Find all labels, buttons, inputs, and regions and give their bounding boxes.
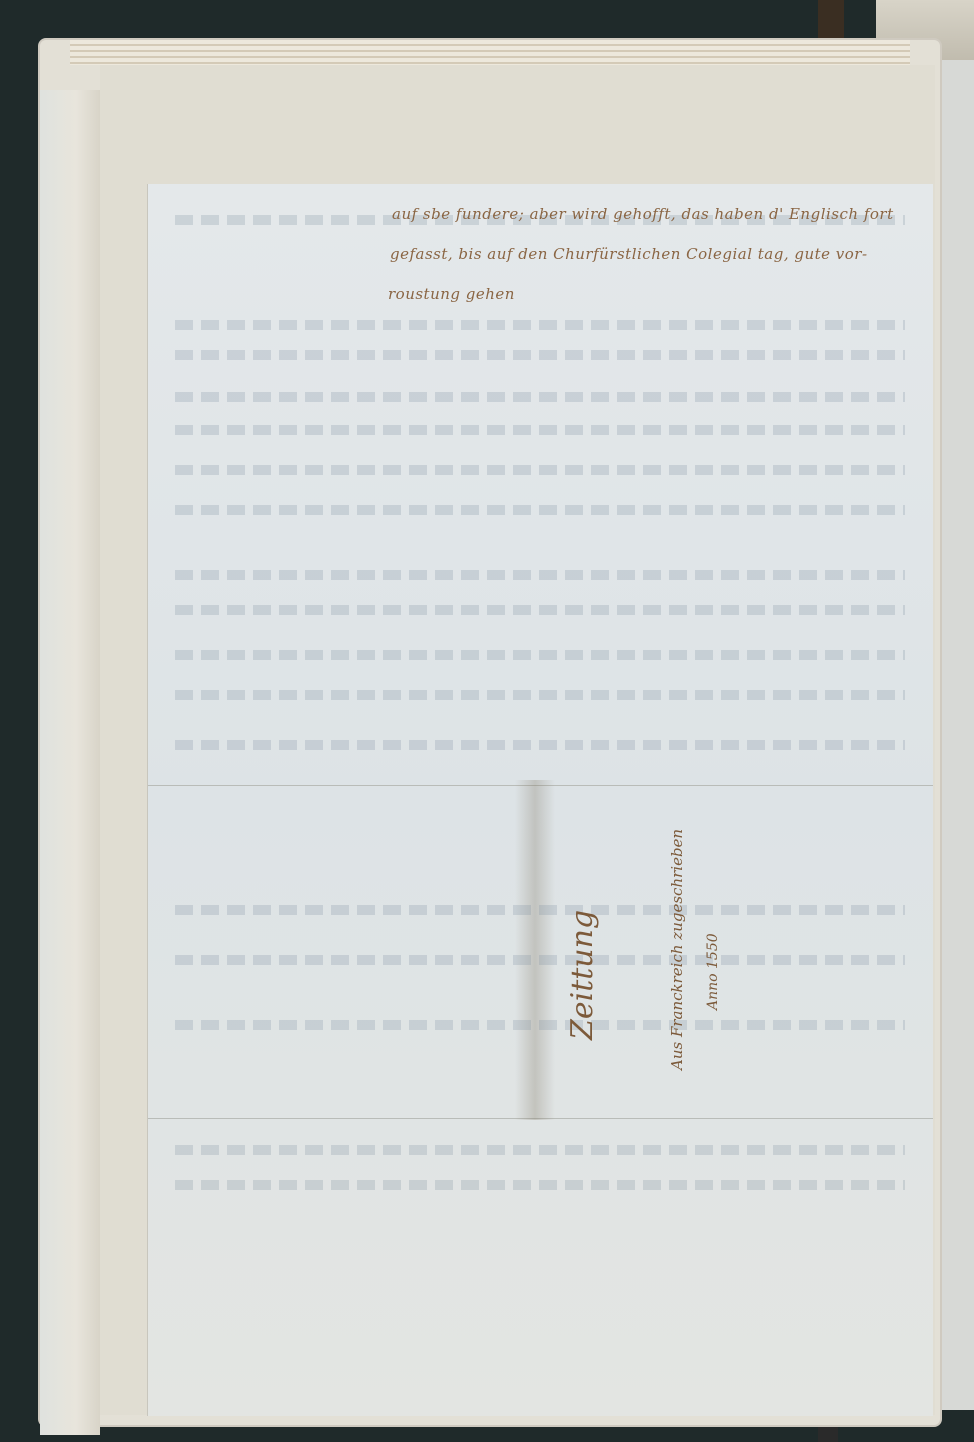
text-line-3: roustung gehen <box>388 285 515 303</box>
fold-stain <box>515 780 555 1120</box>
text-line-1: auf sbe fundere; aber wird gehofft, das … <box>392 205 894 223</box>
left-page-edges <box>40 90 100 1435</box>
folder-top-edge <box>70 40 910 65</box>
bleed-through-line <box>175 740 905 750</box>
bleed-through-line <box>175 425 905 435</box>
bleed-through-line <box>175 570 905 580</box>
bleed-through-line <box>175 1145 905 1155</box>
bleed-through-line <box>175 465 905 475</box>
facing-page-edge <box>935 60 974 1410</box>
bleed-through-line <box>175 955 905 965</box>
endorsement-title: Zeittung <box>565 910 600 1040</box>
endorsement-line-2: Aus Franckreich zugeschrieben <box>668 829 686 1070</box>
bleed-through-line <box>175 1180 905 1190</box>
bleed-through-line <box>175 320 905 330</box>
bleed-through-line <box>175 905 905 915</box>
text-line-2: gefasst, bis auf den Churfürstlichen Col… <box>390 245 868 263</box>
endorsement-year: Anno 1550 <box>705 933 721 1010</box>
bleed-through-line <box>175 392 905 402</box>
bleed-through-line <box>175 1020 905 1030</box>
bleed-through-line <box>175 605 905 615</box>
bleed-through-line <box>175 350 905 360</box>
bleed-through-line <box>175 690 905 700</box>
bleed-through-line <box>175 505 905 515</box>
book-spine <box>818 0 844 40</box>
bleed-through-line <box>175 650 905 660</box>
